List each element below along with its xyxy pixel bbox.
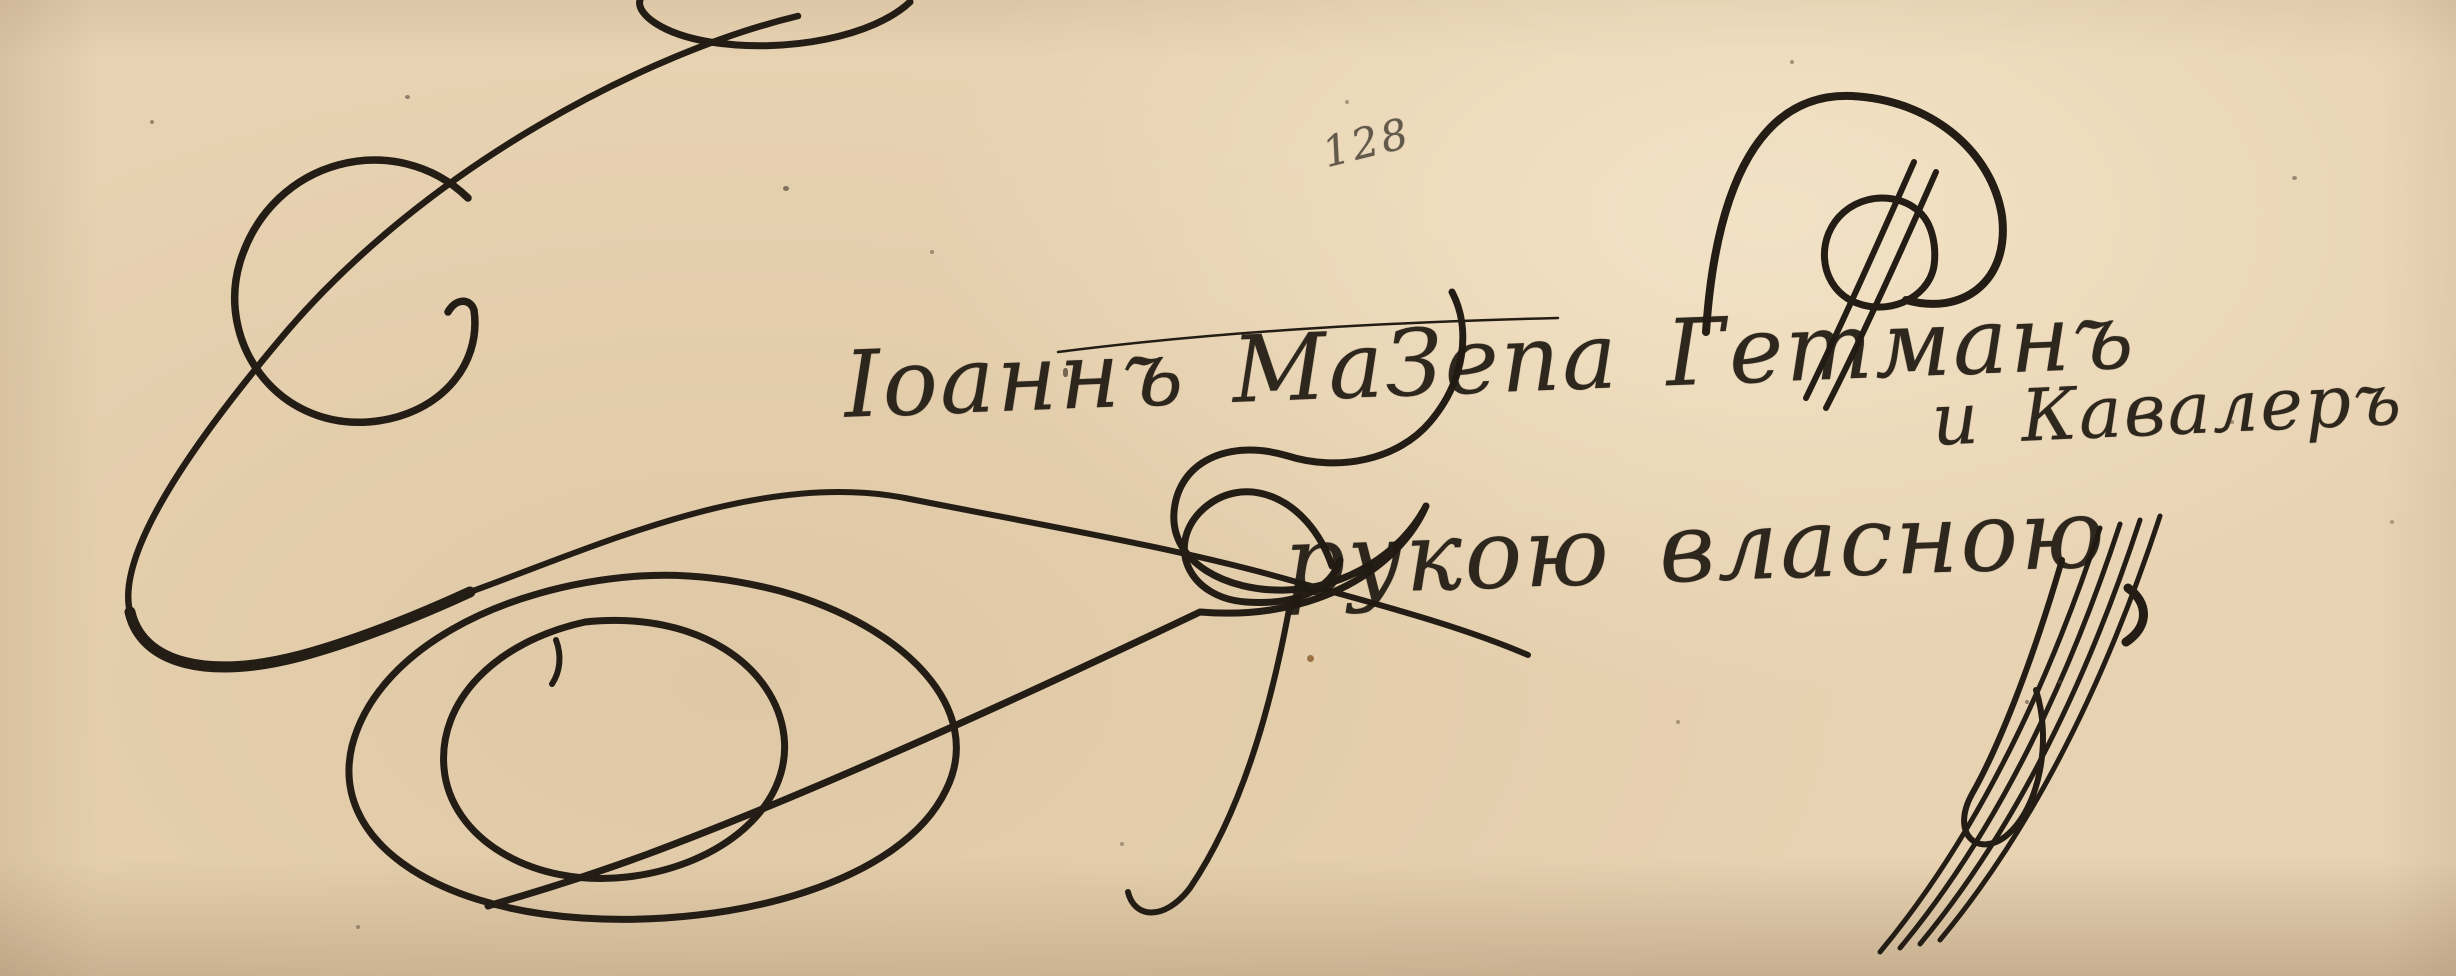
paper-speck xyxy=(150,120,154,124)
paper-speck xyxy=(1345,100,1349,104)
line2-capital-descender-stroke xyxy=(1128,604,1290,913)
paper-speck xyxy=(1120,842,1124,846)
paper-speck xyxy=(930,250,934,254)
paper-speck xyxy=(1063,368,1068,377)
paper-speck xyxy=(2230,420,2234,424)
left-spiral-inner-oval-stroke xyxy=(235,160,475,422)
left-spiral-outer-stroke xyxy=(128,16,798,612)
paper-speck xyxy=(783,186,789,191)
paper-speck xyxy=(2292,176,2297,180)
paper-speck xyxy=(1676,720,1680,724)
paper-speck xyxy=(405,95,410,99)
paper-speck xyxy=(2025,700,2029,704)
paper-speck xyxy=(1790,60,1794,64)
paper-speck xyxy=(356,925,360,929)
bottom-oval-outer-stroke xyxy=(349,575,956,919)
paper-speck xyxy=(2390,520,2394,524)
tail-comma-stroke xyxy=(2126,588,2144,642)
manuscript-page: 128 Іоаннъ МаЗепа Гетманъ и Кавалеръ рук… xyxy=(0,0,2456,976)
oval-tick-stroke xyxy=(552,640,559,684)
paper-speck xyxy=(2058,680,2062,684)
bottom-oval-inner-stroke xyxy=(444,620,785,878)
paper-speck xyxy=(1307,655,1314,662)
tail-loop-stroke xyxy=(1964,560,2062,844)
